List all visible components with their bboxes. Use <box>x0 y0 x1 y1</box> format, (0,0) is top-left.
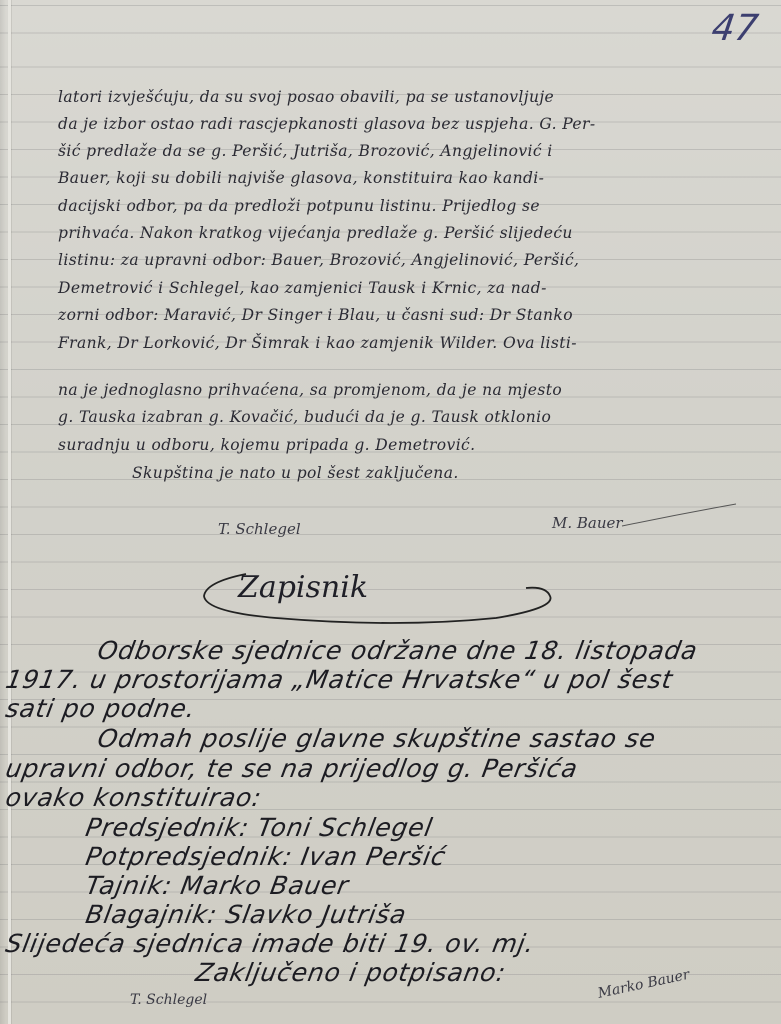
text-line: 1917. u prostorijama „Matice Hrvatske“ u… <box>3 665 675 694</box>
text-line: na je jednoglasno prihvaćena, sa promjen… <box>58 381 562 399</box>
text-line: sati po podne. <box>3 694 198 723</box>
text-line: Frank, Dr Lorković, Dr Šimrak i kao zamj… <box>58 334 577 352</box>
text-line: suradnju u odboru, kojemu pripada g. Dem… <box>58 436 475 454</box>
minutes-heading: Zapisnik <box>238 570 368 605</box>
signature-left: T. Schlegel <box>218 520 301 538</box>
document-page: 47 latori izvješćuju, da su svoj posao o… <box>0 0 781 1024</box>
text-line: prihvaća. Nakon kratkog vijećanja predla… <box>58 224 573 242</box>
signature-right: M. Bauer <box>552 514 623 532</box>
signature-left-lower: T. Schlegel <box>130 992 207 1008</box>
page-number: 47 <box>709 8 761 49</box>
text-line: zorni odbor: Maravić, Dr Singer i Blau, … <box>58 306 573 324</box>
text-line: g. Tauska izabran g. Kovačić, budući da … <box>58 408 551 426</box>
signature-flourish <box>620 500 740 530</box>
text-line: Skupština je nato u pol šest zaključena. <box>132 464 459 482</box>
text-line: dacijski odbor, pa da predloži potpunu l… <box>58 197 540 215</box>
officer-line: Blagajnik: Slavko Jutriša <box>83 900 409 929</box>
text-line: ovako konstituirao: <box>3 783 264 812</box>
text-line: Slijedeća sjednica imade biti 19. ov. mj… <box>3 929 537 958</box>
text-line: Demetrović i Schlegel, kao zamjenici Tau… <box>58 279 547 297</box>
officer-line: Tajnik: Marko Bauer <box>83 871 351 900</box>
text-line: šić predlaže da se g. Peršić, Jutriša, B… <box>58 142 553 160</box>
text-line: Odmah poslije glavne skupštine sastao se <box>95 724 658 753</box>
text-line: Zaključeno i potpisano: <box>193 958 508 987</box>
text-line: Odborske sjednice održane dne 18. listop… <box>95 636 700 665</box>
text-line: da je izbor ostao radi rascjepkanosti gl… <box>58 115 595 133</box>
text-line: latori izvješćuju, da su svoj posao obav… <box>58 88 554 106</box>
page-binding-edge <box>8 0 11 1024</box>
text-line: listinu: za upravni odbor: Bauer, Brozov… <box>58 251 579 269</box>
text-line: upravni odbor, te se na prijedlog g. Per… <box>3 754 580 783</box>
officer-line: Predsjednik: Toni Schlegel <box>83 813 435 842</box>
officer-line: Potpredsjednik: Ivan Peršić <box>83 842 448 871</box>
text-line: Bauer, koji su dobili najviše glasova, k… <box>58 169 544 187</box>
signature-right-lower: Marko Bauer <box>596 967 691 1002</box>
